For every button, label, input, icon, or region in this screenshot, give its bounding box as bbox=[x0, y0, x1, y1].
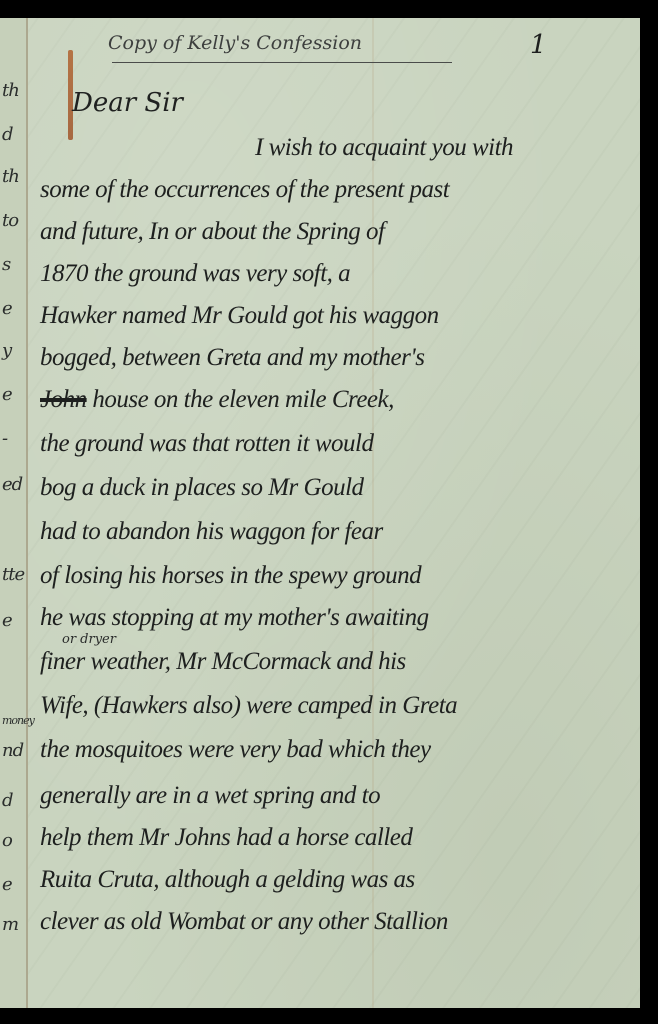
document-heading: Copy of Kelly's Confession bbox=[108, 32, 362, 54]
text-line: bog a duck in places so Mr Gould bbox=[40, 474, 364, 502]
text-line: help them Mr Johns had a horse called bbox=[40, 824, 412, 852]
adjacent-fragment: e bbox=[2, 384, 12, 405]
adjacent-fragment: e bbox=[2, 298, 12, 319]
adjacent-fragment: e bbox=[2, 610, 12, 631]
interlinear-insert: or dryer bbox=[62, 632, 116, 647]
text-line: Wife, (Hawkers also) were camped in Gret… bbox=[40, 692, 457, 720]
text-line: of losing his horses in the spewy ground bbox=[40, 562, 421, 590]
text-line: 1870 the ground was very soft, a bbox=[40, 260, 350, 288]
paper-fold-crease bbox=[372, 18, 374, 1008]
text-line: had to abandon his waggon for fear bbox=[40, 518, 383, 546]
text-line: the ground was that rotten it would bbox=[40, 430, 373, 458]
adjacent-fragment: d bbox=[2, 790, 13, 811]
adjacent-fragment: th bbox=[2, 166, 19, 187]
heading-underline bbox=[112, 62, 452, 63]
text-line: bogged, between Greta and my mother's bbox=[40, 344, 424, 372]
manuscript-page: th d th to s e y e - ed tte e money nd d… bbox=[0, 18, 640, 1008]
struck-word: John bbox=[40, 386, 87, 413]
adjacent-fragment: th bbox=[2, 80, 19, 101]
adjacent-fragment: money bbox=[2, 714, 34, 727]
text-line: and future, In or about the Spring of bbox=[40, 218, 384, 246]
adjacent-fragment: o bbox=[2, 830, 12, 851]
adjacent-fragment: s bbox=[2, 254, 10, 275]
adjacent-page-edge: th d th to s e y e - ed tte e money nd d… bbox=[0, 18, 28, 1008]
adjacent-fragment: e bbox=[2, 874, 12, 895]
text-line: generally are in a wet spring and to bbox=[40, 782, 380, 810]
adjacent-fragment: tte bbox=[2, 564, 24, 585]
text-line: some of the occurrences of the present p… bbox=[40, 176, 449, 204]
adjacent-fragment: ed bbox=[2, 474, 22, 495]
text-line: I wish to acquaint you with bbox=[255, 134, 513, 162]
text-line: the mosquitoes were very bad which they bbox=[40, 736, 431, 764]
adjacent-fragment: d bbox=[2, 124, 13, 145]
salutation: Dear Sir bbox=[72, 88, 183, 118]
adjacent-fragment: to bbox=[2, 210, 18, 231]
page-number: 1 bbox=[530, 30, 547, 60]
text-line-with-strikethrough: John house on the eleven mile Creek, bbox=[40, 386, 394, 414]
adjacent-fragment: m bbox=[2, 914, 18, 935]
text-line: clever as old Wombat or any other Stalli… bbox=[40, 908, 448, 936]
adjacent-fragment: - bbox=[2, 428, 7, 449]
text-line: Hawker named Mr Gould got his waggon bbox=[40, 302, 439, 330]
text-line: he was stopping at my mother's awaiting bbox=[40, 604, 429, 632]
text-line: finer weather, Mr McCormack and his bbox=[40, 648, 406, 676]
text-line: Ruita Cruta, although a gelding was as bbox=[40, 866, 415, 894]
adjacent-fragment: y bbox=[2, 340, 11, 361]
text-line: house on the eleven mile Creek, bbox=[92, 386, 394, 413]
adjacent-fragment: nd bbox=[2, 740, 23, 761]
